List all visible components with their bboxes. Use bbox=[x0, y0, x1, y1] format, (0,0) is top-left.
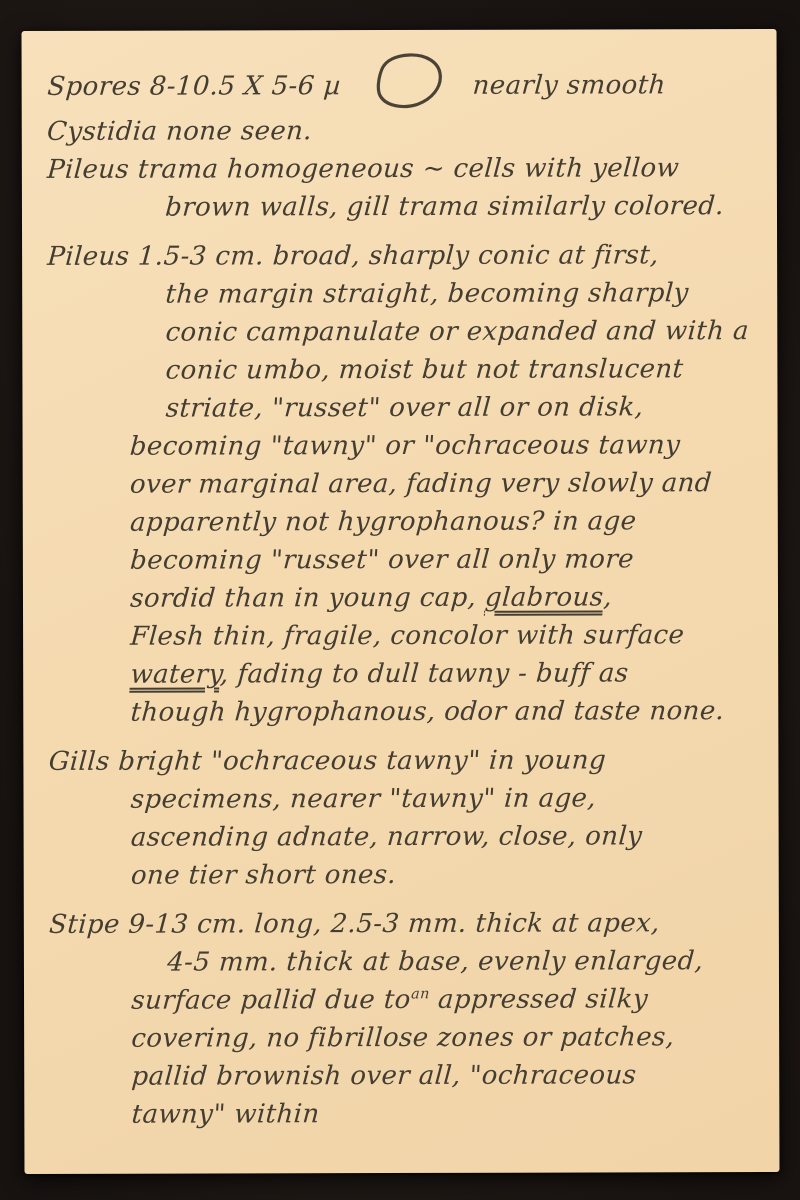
handwritten-line: brown walls, gill trama similarly colore… bbox=[36, 187, 770, 227]
handwritten-text: nearly smooth bbox=[472, 70, 667, 101]
handwritten-line: striate, "russet" over all or on disk, bbox=[37, 388, 771, 428]
handwritten-text: Flesh thin, fragile, concolor with surfa… bbox=[129, 620, 685, 651]
handwritten-text: covering, no fibrillose zones or patches… bbox=[130, 1022, 675, 1053]
handwritten-text: , fading to dull tawny - buff as bbox=[219, 658, 629, 689]
handwritten-text: , bbox=[602, 582, 613, 612]
handwritten-text: 4-5 mm. thick at base, evenly enlarged, bbox=[166, 946, 704, 977]
handwritten-line: Stipe 9-13 cm. long, 2.5-3 mm. thick at … bbox=[38, 904, 772, 944]
handwritten-line: conic campanulate or expanded and with a bbox=[36, 312, 770, 352]
handwritten-text: Stipe 9-13 cm. long, 2.5-3 mm. thick at … bbox=[48, 908, 661, 940]
handwritten-text: Gills bright "ochraceous tawny" in young bbox=[48, 745, 607, 776]
handwritten-text: Pileus 1.5-3 cm. broad, sharply conic at… bbox=[46, 240, 659, 272]
handwritten-text: Spores 8-10.5 X 5-6 µ bbox=[46, 71, 341, 102]
handwritten-text: striate, "russet" over all or on disk, bbox=[165, 392, 645, 423]
handwritten-line: Spores 8-10.5 X 5-6 µ nearly smooth bbox=[36, 51, 771, 113]
handwritten-line: though hygrophanous, odor and taste none… bbox=[37, 692, 771, 732]
handwritten-line: surface pallid due toan appressed silky bbox=[38, 980, 772, 1020]
handwritten-text: conic campanulate or expanded and with a bbox=[165, 316, 750, 348]
handwritten-line: ascending adnate, narrow, close, only bbox=[38, 817, 772, 857]
handwritten-line: Gills bright "ochraceous tawny" in young bbox=[37, 741, 771, 781]
handwritten-text: one tier short ones. bbox=[130, 860, 397, 891]
handwritten-line: one tier short ones. bbox=[38, 855, 772, 895]
handwritten-line: 4-5 mm. thick at base, evenly enlarged, bbox=[38, 942, 772, 982]
handwritten-line: specimens, nearer "tawny" in age, bbox=[38, 779, 772, 819]
handwritten-text: glabrous bbox=[484, 582, 605, 612]
handwritten-line: Pileus 1.5-3 cm. broad, sharply conic at… bbox=[36, 236, 770, 276]
handwritten-text: pallid brownish over all, "ochraceous bbox=[131, 1060, 638, 1091]
handwritten-text: the margin straight, becoming sharply bbox=[165, 278, 690, 309]
handwritten-text: Pileus trama homogeneous ~ cells with ye… bbox=[46, 153, 680, 185]
handwritten-line: Pileus trama homogeneous ~ cells with ye… bbox=[36, 149, 770, 189]
handwritten-text: sordid than in young cap, bbox=[129, 583, 486, 614]
handwritten-line: Flesh thin, fragile, concolor with surfa… bbox=[37, 616, 771, 656]
handwritten-line: becoming "russet" over all only more bbox=[37, 540, 771, 580]
handwritten-line: apparently not hygrophanous? in age bbox=[37, 502, 771, 542]
handwritten-line: the margin straight, becoming sharply bbox=[36, 274, 770, 314]
handwritten-text: appressed silky bbox=[428, 984, 649, 1015]
handwritten-text: brown walls, gill trama similarly colore… bbox=[164, 191, 725, 222]
index-card: Spores 8-10.5 X 5-6 µ nearly smoothCysti… bbox=[22, 29, 780, 1174]
handwritten-text: ascending adnate, narrow, close, only bbox=[130, 821, 643, 852]
spore-outline-icon bbox=[369, 52, 449, 110]
note-lines: Spores 8-10.5 X 5-6 µ nearly smoothCysti… bbox=[36, 51, 770, 1134]
handwritten-line: conic umbo, moist but not translucent bbox=[36, 350, 770, 390]
handwritten-text: conic umbo, moist but not translucent bbox=[165, 354, 685, 385]
handwritten-line: over marginal area, fading very slowly a… bbox=[37, 464, 771, 504]
handwritten-text: Cystidia none seen. bbox=[46, 116, 313, 147]
handwritten-text: becoming "tawny" or "ochraceous tawny bbox=[129, 430, 681, 461]
handwritten-text: becoming "russet" over all only more bbox=[129, 544, 635, 575]
handwritten-text: apparently not hygrophanous? in age bbox=[129, 506, 637, 537]
handwritten-text: surface pallid due to bbox=[130, 985, 411, 1016]
handwritten-line: covering, no fibrillose zones or patches… bbox=[38, 1018, 772, 1058]
handwritten-text: though hygrophanous, odor and taste none… bbox=[130, 696, 726, 728]
handwritten-text: over marginal area, fading very slowly a… bbox=[129, 468, 713, 500]
handwritten-line: Cystidia none seen. bbox=[36, 111, 770, 151]
handwritten-line: tawny" within bbox=[38, 1094, 772, 1134]
handwritten-line: watery, fading to dull tawny - buff as bbox=[37, 654, 771, 694]
handwritten-text: specimens, nearer "tawny" in age, bbox=[130, 783, 597, 814]
handwritten-line: pallid brownish over all, "ochraceous bbox=[38, 1056, 772, 1096]
handwritten-text: tawny" within bbox=[131, 1099, 321, 1129]
handwritten-line: becoming "tawny" or "ochraceous tawny bbox=[37, 426, 771, 466]
handwritten-text: watery bbox=[130, 659, 222, 689]
handwritten-line: sordid than in young cap, glabrous, bbox=[37, 578, 771, 618]
handwritten-text: an bbox=[411, 986, 431, 1002]
